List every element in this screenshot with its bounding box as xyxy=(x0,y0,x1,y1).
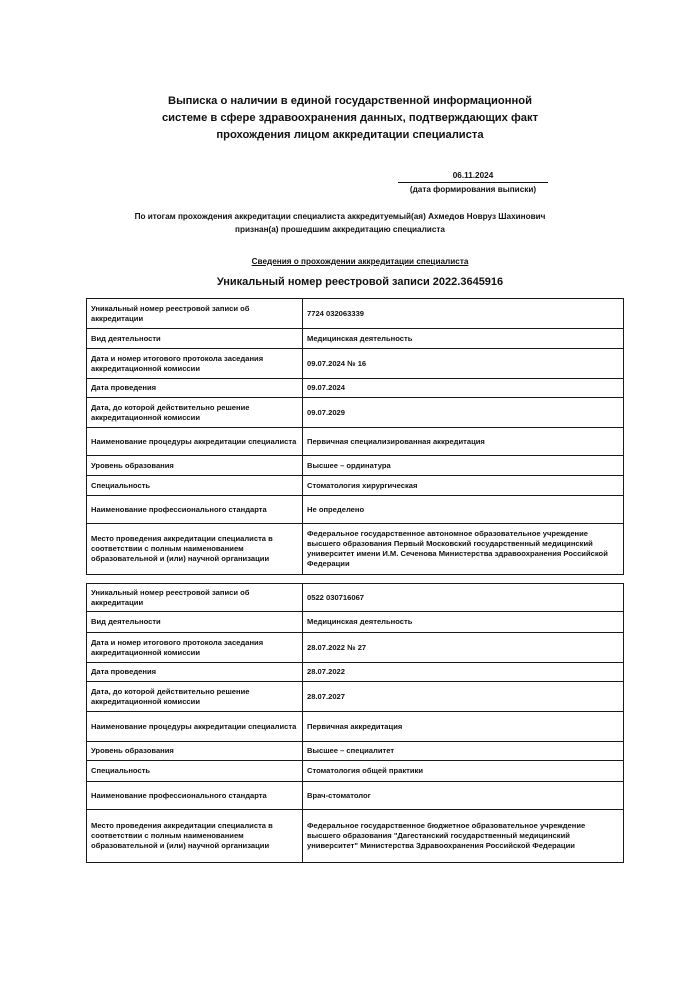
table-row: Дата и номер итогового протокола заседан… xyxy=(87,349,624,379)
field-label: Наименование процедуры аккредитации спец… xyxy=(87,712,303,742)
field-label: Уровень образования xyxy=(87,456,303,476)
table-row: Дата, до которой действительно решение а… xyxy=(87,398,624,428)
field-label: Уникальный номер реестровой записи об ак… xyxy=(87,299,303,329)
field-value: Первичная специализированная аккредитаци… xyxy=(303,428,624,456)
field-value: 7724 032063339 xyxy=(303,299,624,329)
field-value: 28.07.2022 xyxy=(303,663,624,682)
accreditation-record-table-2: Уникальный номер реестровой записи об ак… xyxy=(86,583,624,863)
document-title: Выписка о наличии в единой государственн… xyxy=(150,93,550,144)
table-row: Дата и номер итогового протокола заседан… xyxy=(87,633,624,663)
issue-date: 06.11.2024 xyxy=(398,170,548,183)
section-heading: Сведения о прохождении аккредитации спец… xyxy=(200,257,520,266)
field-value: 28.07.2027 xyxy=(303,682,624,712)
registry-number: Уникальный номер реестровой записи 2022.… xyxy=(150,276,570,288)
field-value: Медицинская деятельность xyxy=(303,329,624,349)
table-row: Уникальный номер реестровой записи об ак… xyxy=(87,299,624,329)
field-label: Уникальный номер реестровой записи об ак… xyxy=(87,584,303,612)
table-row: Наименование процедуры аккредитации спец… xyxy=(87,428,624,456)
field-value: Высшее – специалитет xyxy=(303,742,624,761)
field-value: 09.07.2024 xyxy=(303,379,624,398)
field-label: Место проведения аккредитации специалист… xyxy=(87,810,303,863)
table-row: Наименование профессионального стандарта… xyxy=(87,496,624,524)
table-row: Место проведения аккредитации специалист… xyxy=(87,810,624,863)
table-row: Дата, до которой действительно решение а… xyxy=(87,682,624,712)
table-row: СпециальностьСтоматология хирургическая xyxy=(87,476,624,496)
field-value: 0522 030716067 xyxy=(303,584,624,612)
field-value: Первичная аккредитация xyxy=(303,712,624,742)
field-label: Дата и номер итогового протокола заседан… xyxy=(87,349,303,379)
field-value: Федеральное государственное бюджетное об… xyxy=(303,810,624,863)
table-row: Наименование процедуры аккредитации спец… xyxy=(87,712,624,742)
field-label: Дата, до которой действительно решение а… xyxy=(87,398,303,428)
field-label: Дата, до которой действительно решение а… xyxy=(87,682,303,712)
field-label: Наименование процедуры аккредитации спец… xyxy=(87,428,303,456)
field-label: Вид деятельности xyxy=(87,612,303,633)
field-label: Место проведения аккредитации специалист… xyxy=(87,524,303,575)
table-row: Вид деятельностиМедицинская деятельность xyxy=(87,329,624,349)
table-row: Дата проведения28.07.2022 xyxy=(87,663,624,682)
issue-date-caption: (дата формирования выписки) xyxy=(398,183,548,195)
intro-line-2: признан(а) прошедшим аккредитацию специа… xyxy=(90,223,590,236)
field-value: 09.07.2029 xyxy=(303,398,624,428)
table-row: СпециальностьСтоматология общей практики xyxy=(87,761,624,782)
field-label: Дата проведения xyxy=(87,379,303,398)
field-label: Дата и номер итогового протокола заседан… xyxy=(87,633,303,663)
field-value: Стоматология общей практики xyxy=(303,761,624,782)
intro-statement: По итогам прохождения аккредитации специ… xyxy=(90,210,590,236)
issue-date-block: 06.11.2024 (дата формирования выписки) xyxy=(398,170,548,195)
table-row: Дата проведения09.07.2024 xyxy=(87,379,624,398)
accreditation-record-table-1: Уникальный номер реестровой записи об ак… xyxy=(86,298,624,575)
field-label: Специальность xyxy=(87,761,303,782)
table-row: Уровень образованияВысшее – ординатура xyxy=(87,456,624,476)
field-value: 28.07.2022 № 27 xyxy=(303,633,624,663)
field-label: Наименование профессионального стандарта xyxy=(87,496,303,524)
table-row: Уникальный номер реестровой записи об ак… xyxy=(87,584,624,612)
field-value: Врач-стоматолог xyxy=(303,782,624,810)
field-value: Стоматология хирургическая xyxy=(303,476,624,496)
table-row: Уровень образованияВысшее – специалитет xyxy=(87,742,624,761)
field-label: Уровень образования xyxy=(87,742,303,761)
field-label: Вид деятельности xyxy=(87,329,303,349)
table-row: Место проведения аккредитации специалист… xyxy=(87,524,624,575)
field-label: Специальность xyxy=(87,476,303,496)
table-row: Вид деятельностиМедицинская деятельность xyxy=(87,612,624,633)
field-value: Федеральное государственное автономное о… xyxy=(303,524,624,575)
field-value: Высшее – ординатура xyxy=(303,456,624,476)
field-value: 09.07.2024 № 16 xyxy=(303,349,624,379)
field-value: Медицинская деятельность xyxy=(303,612,624,633)
field-label: Дата проведения xyxy=(87,663,303,682)
field-value: Не определено xyxy=(303,496,624,524)
table-row: Наименование профессионального стандарта… xyxy=(87,782,624,810)
intro-line-1: По итогам прохождения аккредитации специ… xyxy=(90,210,590,223)
field-label: Наименование профессионального стандарта xyxy=(87,782,303,810)
